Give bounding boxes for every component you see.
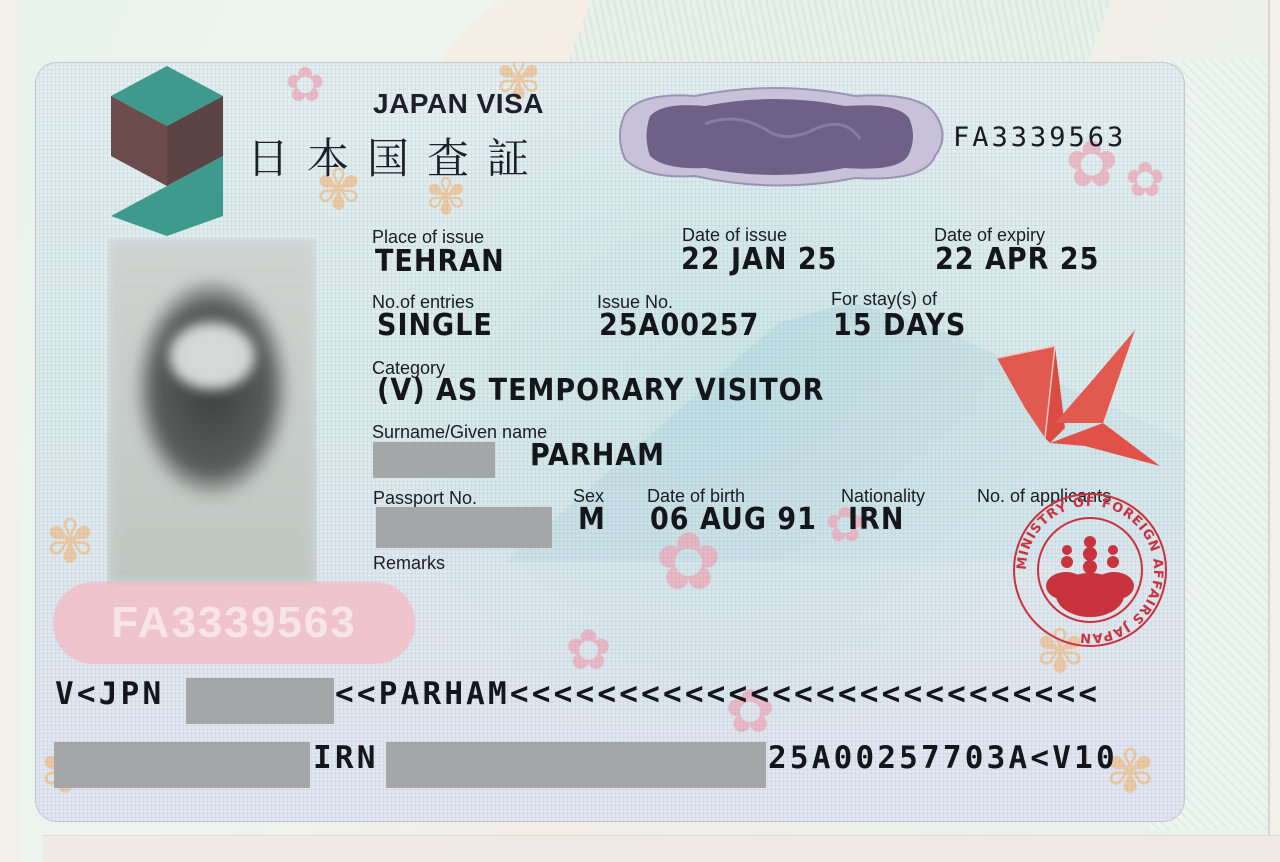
maple-leaf-icon: ✾ bbox=[45, 512, 95, 572]
mrz-line-1-prefix: V<JPN bbox=[55, 676, 164, 712]
visa-title-en: JAPAN VISA bbox=[373, 88, 544, 120]
date-of-issue-value: 22 JAN 25 bbox=[681, 242, 837, 277]
nationality-value: IRN bbox=[848, 502, 904, 537]
visa-logo-icon bbox=[107, 66, 227, 236]
hologram-icon bbox=[605, 84, 950, 189]
page-bottom-edge bbox=[42, 835, 1280, 862]
place-of-issue-value: TEHRAN bbox=[375, 244, 505, 279]
surname-redacted bbox=[373, 442, 495, 478]
stay-label: For stay(s) of bbox=[831, 289, 937, 310]
origami-crane-icon bbox=[995, 328, 1165, 473]
mrz-surname-redacted bbox=[186, 678, 334, 724]
visa-title-jp: 日本国査証 bbox=[247, 126, 547, 186]
page-security-band bbox=[565, 0, 1110, 70]
given-name-value: PARHAM bbox=[530, 438, 665, 473]
cherry-blossom-icon: ✿ bbox=[285, 62, 325, 110]
name-label: Surname/Given name bbox=[372, 422, 547, 443]
mrz-line-1-suffix: <<PARHAM<<<<<<<<<<<<<<<<<<<<<<<<<<< bbox=[335, 676, 1100, 712]
issue-no-value: 25A00257 bbox=[599, 308, 759, 343]
mrz-line-2-nationality: IRN bbox=[313, 740, 379, 776]
ghost-visa-number: FA3339563 bbox=[53, 582, 415, 664]
mrz-passport-redacted bbox=[54, 742, 310, 788]
sex-value: M bbox=[578, 502, 606, 537]
photo-blurred bbox=[107, 238, 317, 586]
dob-value: 06 AUG 91 bbox=[650, 502, 817, 537]
visa-sticker: ✿ ✿ ✿ ✿ ✿ ✿ ✿ ✾ ✾ ✾ ✾ ✾ ✾ ✾ JAPAN VISA 日… bbox=[35, 62, 1185, 822]
mrz-line-2-suffix: 25A00257703A<V10 bbox=[768, 740, 1118, 776]
entries-value: SINGLE bbox=[377, 308, 493, 343]
cherry-blossom-icon: ✿ bbox=[565, 622, 612, 678]
cherry-blossom-icon: ✿ bbox=[1125, 157, 1165, 205]
stay-value: 15 DAYS bbox=[833, 308, 966, 343]
passport-no-label: Passport No. bbox=[373, 488, 477, 509]
category-value: (V) AS TEMPORARY VISITOR bbox=[377, 373, 824, 408]
visa-number: FA3339563 bbox=[953, 122, 1126, 153]
holder-photo bbox=[107, 238, 317, 586]
passport-no-redacted bbox=[376, 507, 552, 548]
ministry-seal-icon: MINISTRY OF FOREIGN AFFAIRS JAPAN bbox=[1010, 490, 1170, 650]
remarks-label: Remarks bbox=[373, 553, 445, 574]
date-of-expiry-value: 22 APR 25 bbox=[935, 242, 1099, 277]
mrz-dob-redacted bbox=[386, 742, 766, 788]
